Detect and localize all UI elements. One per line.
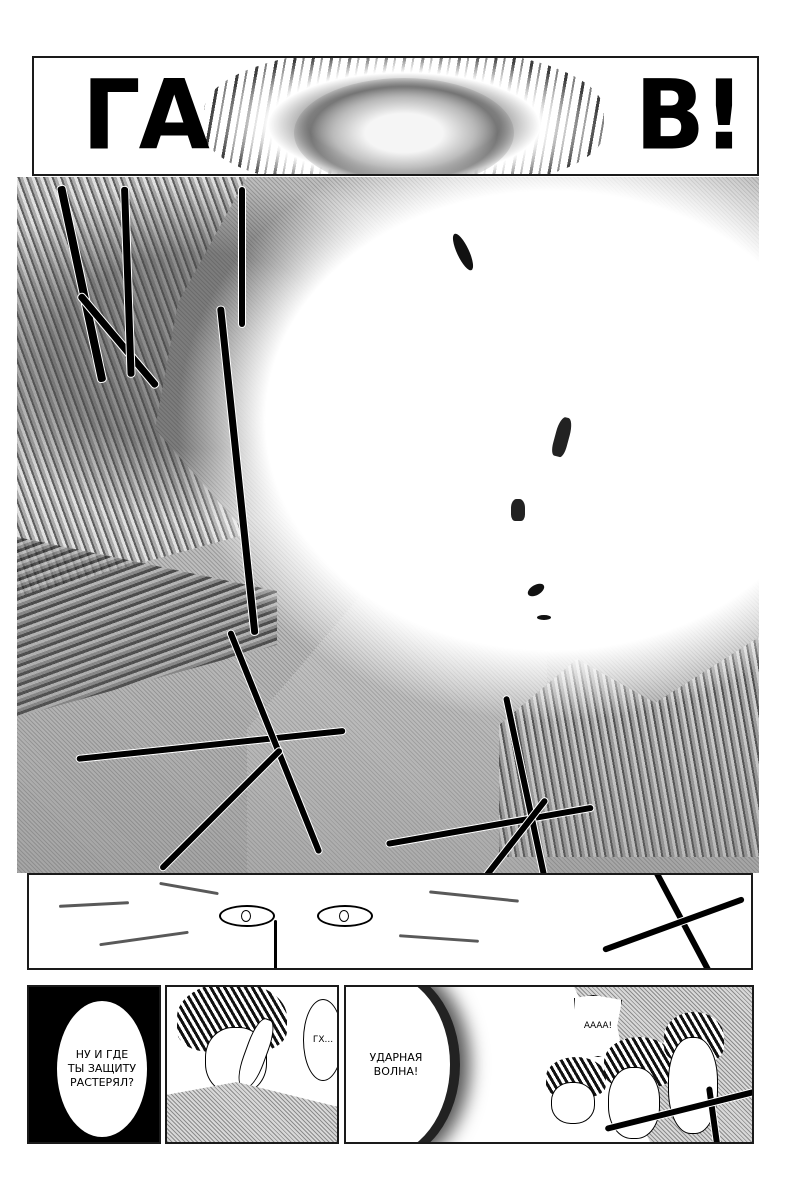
speed-line <box>159 882 219 895</box>
eyes-panel <box>27 873 753 970</box>
sfx-panel: ГА В! <box>32 56 759 176</box>
speed-line <box>429 890 519 902</box>
speed-line <box>99 931 189 946</box>
sfx-text-left: ГА <box>82 64 208 169</box>
character-face <box>551 1082 595 1124</box>
injured-character-panel: ГХ... <box>165 985 339 1144</box>
left-eye <box>219 905 275 927</box>
group-panel: УДАРНАЯ ВОЛНА! АААА! <box>344 985 754 1144</box>
character-clothing <box>167 1082 339 1144</box>
nose-line <box>274 920 277 970</box>
sfx-text-right: В! <box>635 64 743 169</box>
right-eye <box>317 905 373 927</box>
speed-line <box>59 901 129 908</box>
flying-debris <box>537 615 551 620</box>
speech-balloon: ГХ... <box>303 999 339 1081</box>
speed-line <box>399 934 479 943</box>
black-panel: НУ И ГДЕ ТЫ ЗАЩИТУ РАСТЕРЯЛ? <box>27 985 161 1144</box>
character-figure-small <box>511 499 525 521</box>
explosion-panel <box>17 177 759 873</box>
sfx-stroke <box>239 187 245 327</box>
burst-balloon: УДАРНАЯ ВОЛНА! <box>344 985 446 1144</box>
speech-balloon: НУ И ГДЕ ТЫ ЗАЩИТУ РАСТЕРЯЛ? <box>57 1001 147 1137</box>
